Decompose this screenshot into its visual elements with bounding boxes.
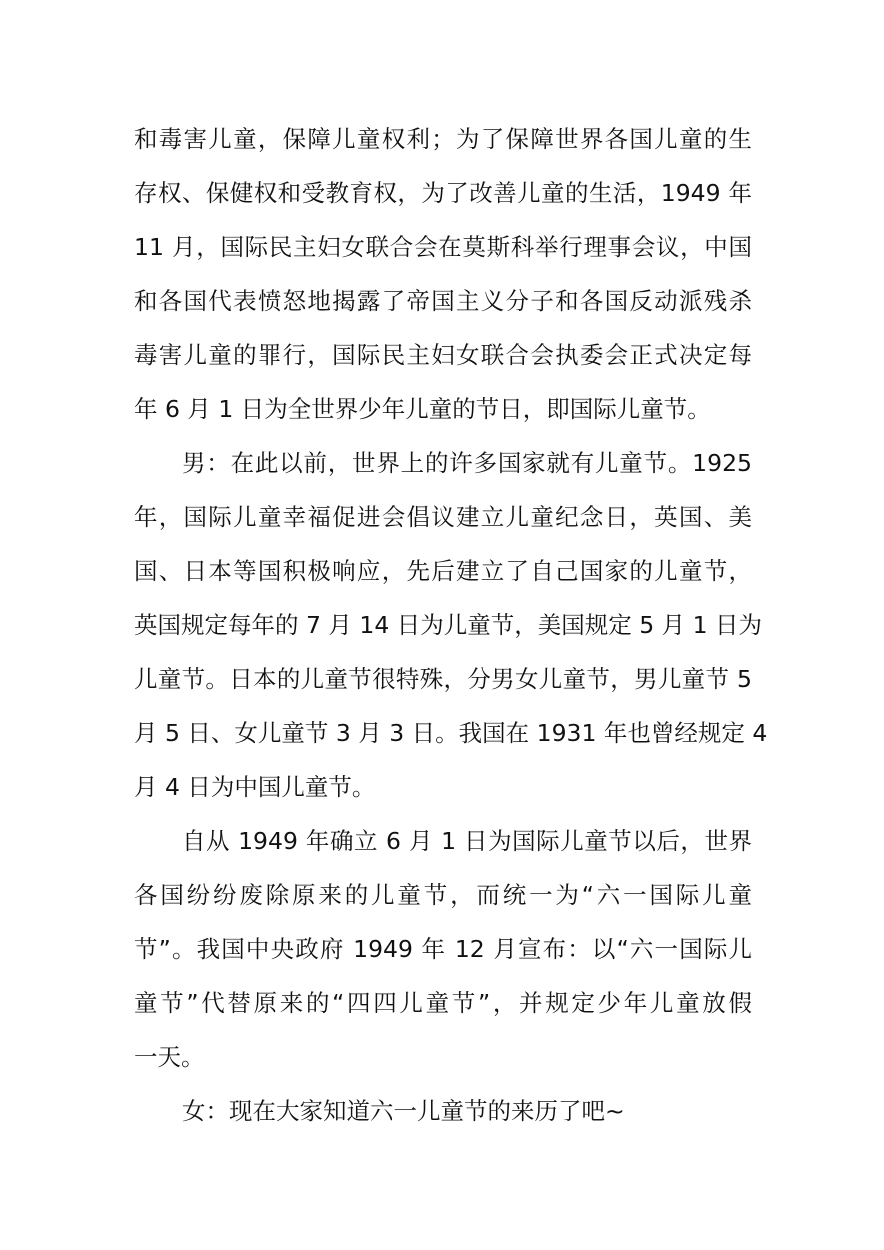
text-line: 男：在此以前，世界上的许多国家就有儿童节。1925 xyxy=(134,436,752,490)
document-page: 和毒害儿童，保障儿童权利；为了保障世界各国儿童的生 存权、保健权和受教育权，为了… xyxy=(134,112,752,1138)
text-line: 毒害儿童的罪行，国际民主妇女联合会执委会正式决定每 xyxy=(134,328,752,382)
text-line: 存权、保健权和受教育权，为了改善儿童的生活，1949 年 xyxy=(134,166,752,220)
paragraph-1: 和毒害儿童，保障儿童权利；为了保障世界各国儿童的生 存权、保健权和受教育权，为了… xyxy=(134,112,752,436)
text-line: 年 6 月 1 日为全世界少年儿童的节日，即国际儿童节。 xyxy=(134,382,752,436)
text-line: 11 月，国际民主妇女联合会在莫斯科举行理事会议，中国 xyxy=(134,220,752,274)
text-line: 和各国代表愤怒地揭露了帝国主义分子和各国反动派残杀 xyxy=(134,274,752,328)
text-line: 月 5 日、女儿童节 3 月 3 日。我国在 1931 年也曾经规定 4 xyxy=(134,706,752,760)
text-line: 月 4 日为中国儿童节。 xyxy=(134,760,752,814)
text-line: 自从 1949 年确立 6 月 1 日为国际儿童节以后，世界 xyxy=(134,814,752,868)
paragraph-3: 自从 1949 年确立 6 月 1 日为国际儿童节以后，世界 各国纷纷废除原来的… xyxy=(134,814,752,1084)
text-line: 儿童节。日本的儿童节很特殊，分男女儿童节，男儿童节 5 xyxy=(134,652,752,706)
text-line: 英国规定每年的 7 月 14 日为儿童节，美国规定 5 月 1 日为 xyxy=(134,598,752,652)
text-line: 童节”代替原来的“四四儿童节”，并规定少年儿童放假 xyxy=(134,976,752,1030)
text-line: 各国纷纷废除原来的儿童节，而统一为“六一国际儿童 xyxy=(134,868,752,922)
text-line: 年，国际儿童幸福促进会倡议建立儿童纪念日，英国、美 xyxy=(134,490,752,544)
text-line: 女：现在大家知道六一儿童节的来历了吧~ xyxy=(134,1084,752,1138)
text-line: 国、日本等国积极响应，先后建立了自己国家的儿童节， xyxy=(134,544,752,598)
paragraph-2-male-speaker: 男：在此以前，世界上的许多国家就有儿童节。1925 年，国际儿童幸福促进会倡议建… xyxy=(134,436,752,814)
text-line: 一天。 xyxy=(134,1030,752,1084)
text-line: 节”。我国中央政府 1949 年 12 月宣布：以“六一国际儿 xyxy=(134,922,752,976)
paragraph-4-female-speaker: 女：现在大家知道六一儿童节的来历了吧~ xyxy=(134,1084,752,1138)
text-line: 和毒害儿童，保障儿童权利；为了保障世界各国儿童的生 xyxy=(134,112,752,166)
